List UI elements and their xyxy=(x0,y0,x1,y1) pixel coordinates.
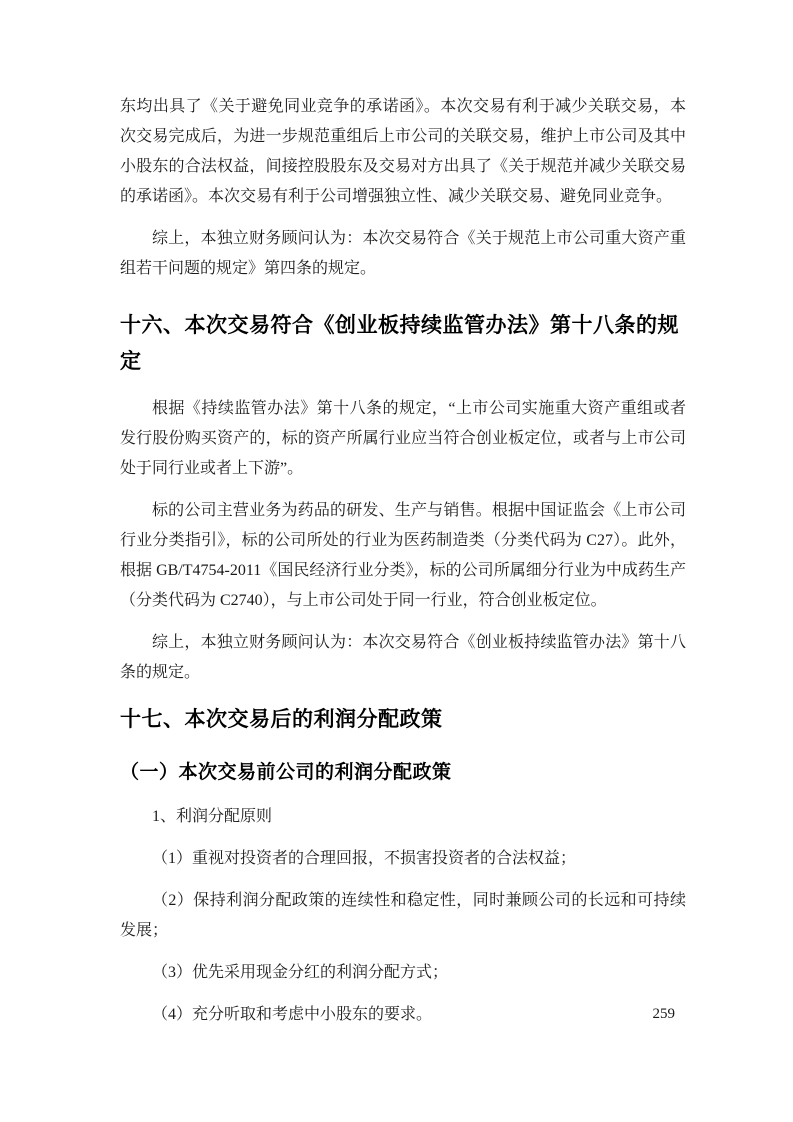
page-number: 259 xyxy=(653,1004,676,1024)
paragraph-section15-conclusion: 综上，本独立财务顾问认为：本次交易符合《关于规范上市公司重大资产重组若干问题的规… xyxy=(120,224,686,284)
paragraph-principles-title: 1、利润分配原则 xyxy=(120,802,686,832)
section-heading-16: 十六、本次交易符合《创业板持续监管办法》第十八条的规定 xyxy=(120,308,686,380)
paragraph-principle-1: （1）重视对投资者的合理回报，不损害投资者的合法权益； xyxy=(120,844,686,874)
subsection-heading-17-1: （一）本次交易前公司的利润分配政策 xyxy=(120,756,686,790)
paragraph-principle-4: （4）充分听取和考虑中小股东的要求。 xyxy=(120,1000,686,1030)
page-content: 东均出具了《关于避免同业竞争的承诺函》。本次交易有利于减少关联交易，本次交易完成… xyxy=(120,92,686,1042)
paragraph-principle-2: （2）保持利润分配政策的连续性和稳定性，同时兼顾公司的长远和可持续发展； xyxy=(120,886,686,946)
paragraph-continuation: 东均出具了《关于避免同业竞争的承诺函》。本次交易有利于减少关联交易，本次交易完成… xyxy=(120,92,686,212)
paragraph-16-conclusion: 综上，本独立财务顾问认为：本次交易符合《创业板持续监管办法》第十八条的规定。 xyxy=(120,628,686,688)
document-page: 东均出具了《关于避免同业竞争的承诺函》。本次交易有利于减少关联交易，本次交易完成… xyxy=(0,0,793,1122)
section-heading-17: 十七、本次交易后的利润分配政策 xyxy=(120,702,686,738)
paragraph-16-regulation-quote: 根据《持续监管办法》第十八条的规定，“上市公司实施重大资产重组或者发行股份购买资… xyxy=(120,394,686,484)
paragraph-16-industry-classification: 标的公司主营业务为药品的研发、生产与销售。根据中国证监会《上市公司行业分类指引》… xyxy=(120,496,686,616)
paragraph-principle-3: （3）优先采用现金分红的利润分配方式； xyxy=(120,958,686,988)
